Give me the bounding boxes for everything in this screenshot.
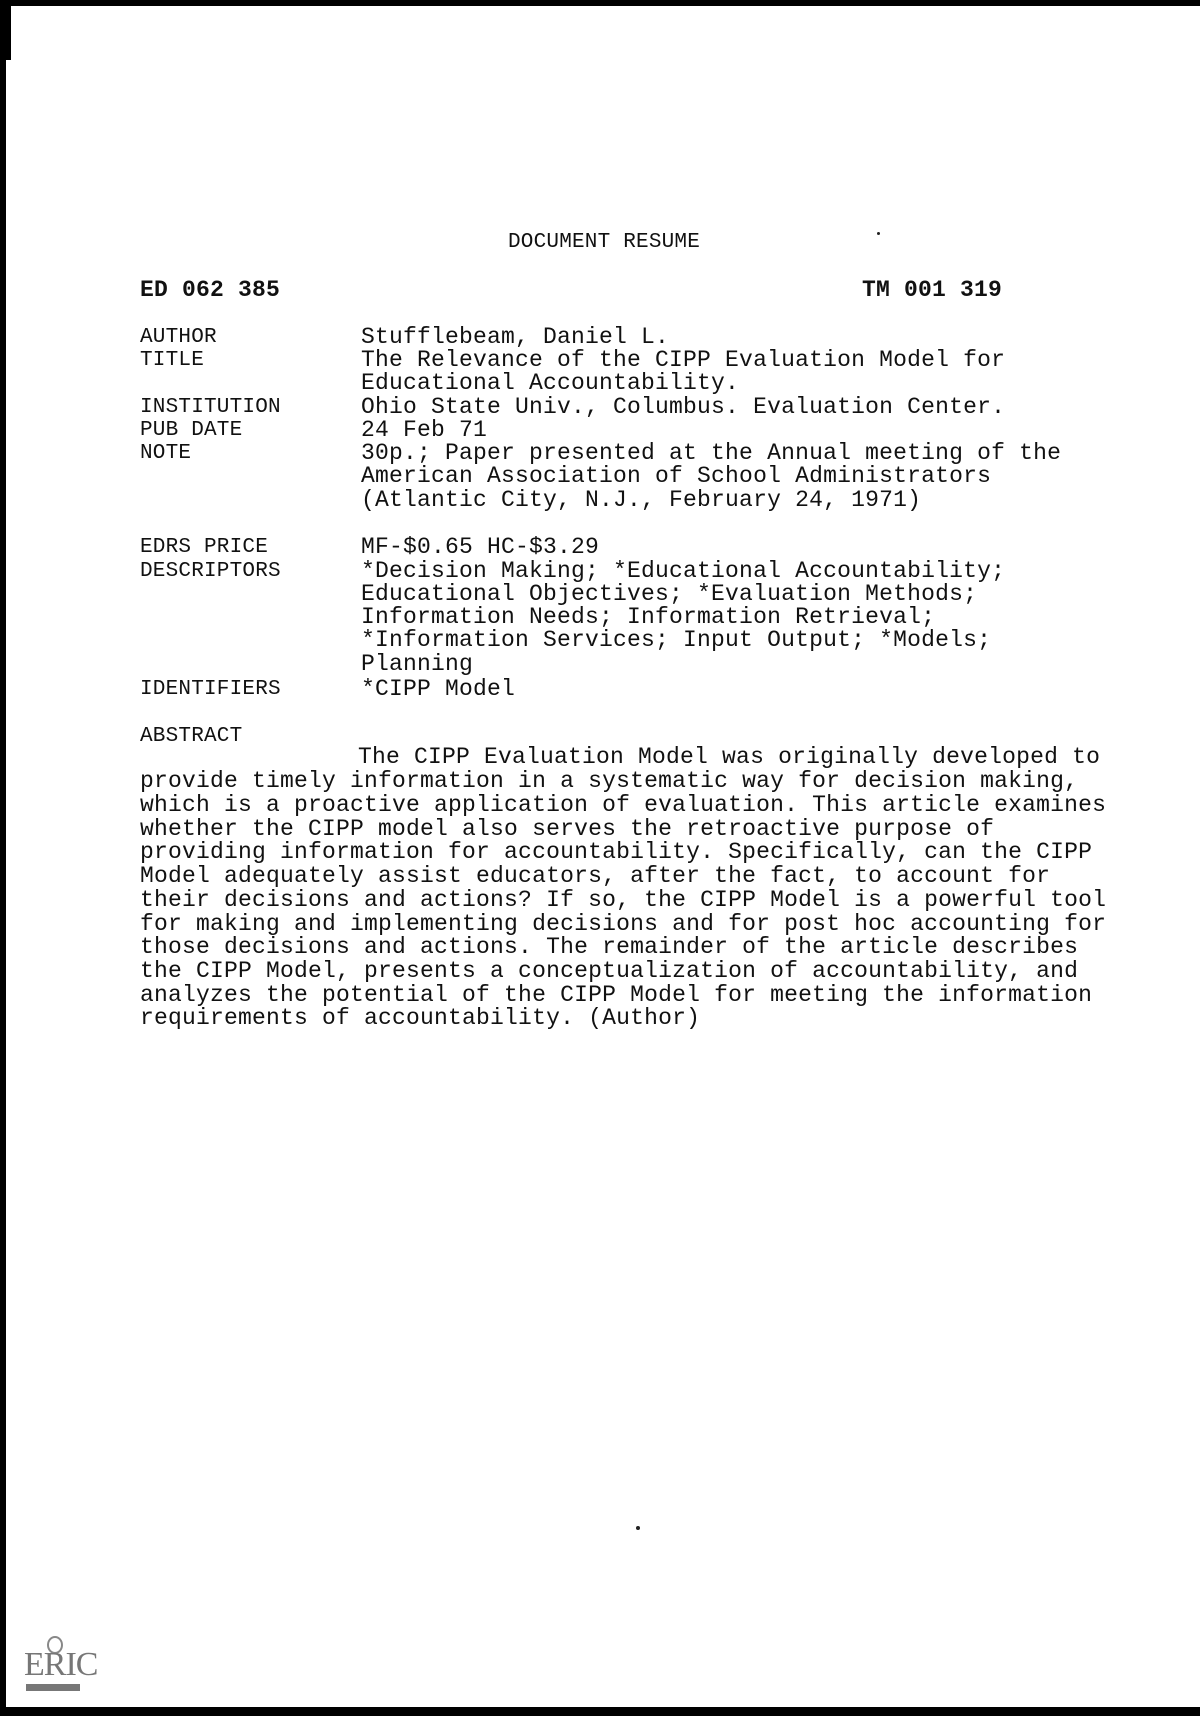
scan-speck <box>877 232 880 235</box>
field-value-note-line-1: 30p.; Paper presented at the Annual meet… <box>361 441 1061 465</box>
abstract-line: Model adequately assist educators, after… <box>140 864 1050 888</box>
field-label-edrs-price: EDRS PRICE <box>140 536 268 560</box>
abstract-line: the CIPP Model, presents a conceptualiza… <box>140 959 1078 983</box>
abstract-line: which is a proactive application of eval… <box>140 793 1106 817</box>
abstract-line: for making and implementing decisions an… <box>140 912 1106 936</box>
abstract-line: provide timely information in a systemat… <box>140 769 1078 793</box>
field-value-title-line-1: The Relevance of the CIPP Evaluation Mod… <box>361 348 1005 372</box>
scan-border-top <box>0 0 1200 6</box>
scan-border-left-lower <box>0 60 6 1716</box>
field-value-descriptors-line-1: *Decision Making; *Educational Accountab… <box>361 559 1005 583</box>
eric-logo: ERIC <box>22 1636 86 1694</box>
abstract-label: ABSTRACT <box>140 725 242 749</box>
field-value-title-line-2: Educational Accountability. <box>361 371 739 395</box>
field-value-descriptors-line-2: Educational Objectives; *Evaluation Meth… <box>361 582 977 606</box>
field-value-pub-date: 24 Feb 71 <box>361 418 487 442</box>
field-value-descriptors-line-5: Planning <box>361 652 473 676</box>
field-label-author: AUTHOR <box>140 326 217 350</box>
abstract-line: analyzes the potential of the CIPP Model… <box>140 983 1092 1007</box>
abstract-line: providing information for accountability… <box>140 840 1092 864</box>
document-heading: DOCUMENT RESUME <box>508 231 700 255</box>
field-label-note: NOTE <box>140 442 191 466</box>
field-value-author: Stufflebeam, Daniel L. <box>361 325 669 349</box>
abstract-line: requirements of accountability. (Author) <box>140 1006 700 1030</box>
field-label-title: TITLE <box>140 349 204 373</box>
eric-logo-text: ERIC <box>24 1646 97 1684</box>
field-label-identifiers: IDENTIFIERS <box>140 678 281 702</box>
field-value-note-line-3: (Atlantic City, N.J., February 24, 1971) <box>361 488 921 512</box>
field-label-descriptors: DESCRIPTORS <box>140 560 281 584</box>
eric-logo-bar <box>26 1684 80 1691</box>
field-label-pub-date: PUB DATE <box>140 419 242 443</box>
field-value-descriptors-line-4: *Information Services; Input Output; *Mo… <box>361 628 991 652</box>
ed-number: ED 062 385 <box>140 278 280 302</box>
abstract-line: those decisions and actions. The remaind… <box>140 935 1078 959</box>
field-value-institution: Ohio State Univ., Columbus. Evaluation C… <box>361 395 1005 419</box>
field-value-descriptors-line-3: Information Needs; Information Retrieval… <box>361 605 935 629</box>
tm-number: TM 001 319 <box>862 278 1002 302</box>
abstract-line: their decisions and actions? If so, the … <box>140 888 1106 912</box>
abstract-line: The CIPP Evaluation Model was originally… <box>358 745 1100 769</box>
field-label-institution: INSTITUTION <box>140 396 281 420</box>
abstract-line: whether the CIPP model also serves the r… <box>140 817 994 841</box>
field-value-identifiers: *CIPP Model <box>361 677 515 701</box>
field-value-note-line-2: American Association of School Administr… <box>361 464 991 488</box>
scan-border-left <box>0 0 11 60</box>
scan-speck <box>636 1526 640 1530</box>
field-value-edrs-price: MF-$0.65 HC-$3.29 <box>361 535 599 559</box>
scan-border-bottom <box>0 1707 1200 1716</box>
